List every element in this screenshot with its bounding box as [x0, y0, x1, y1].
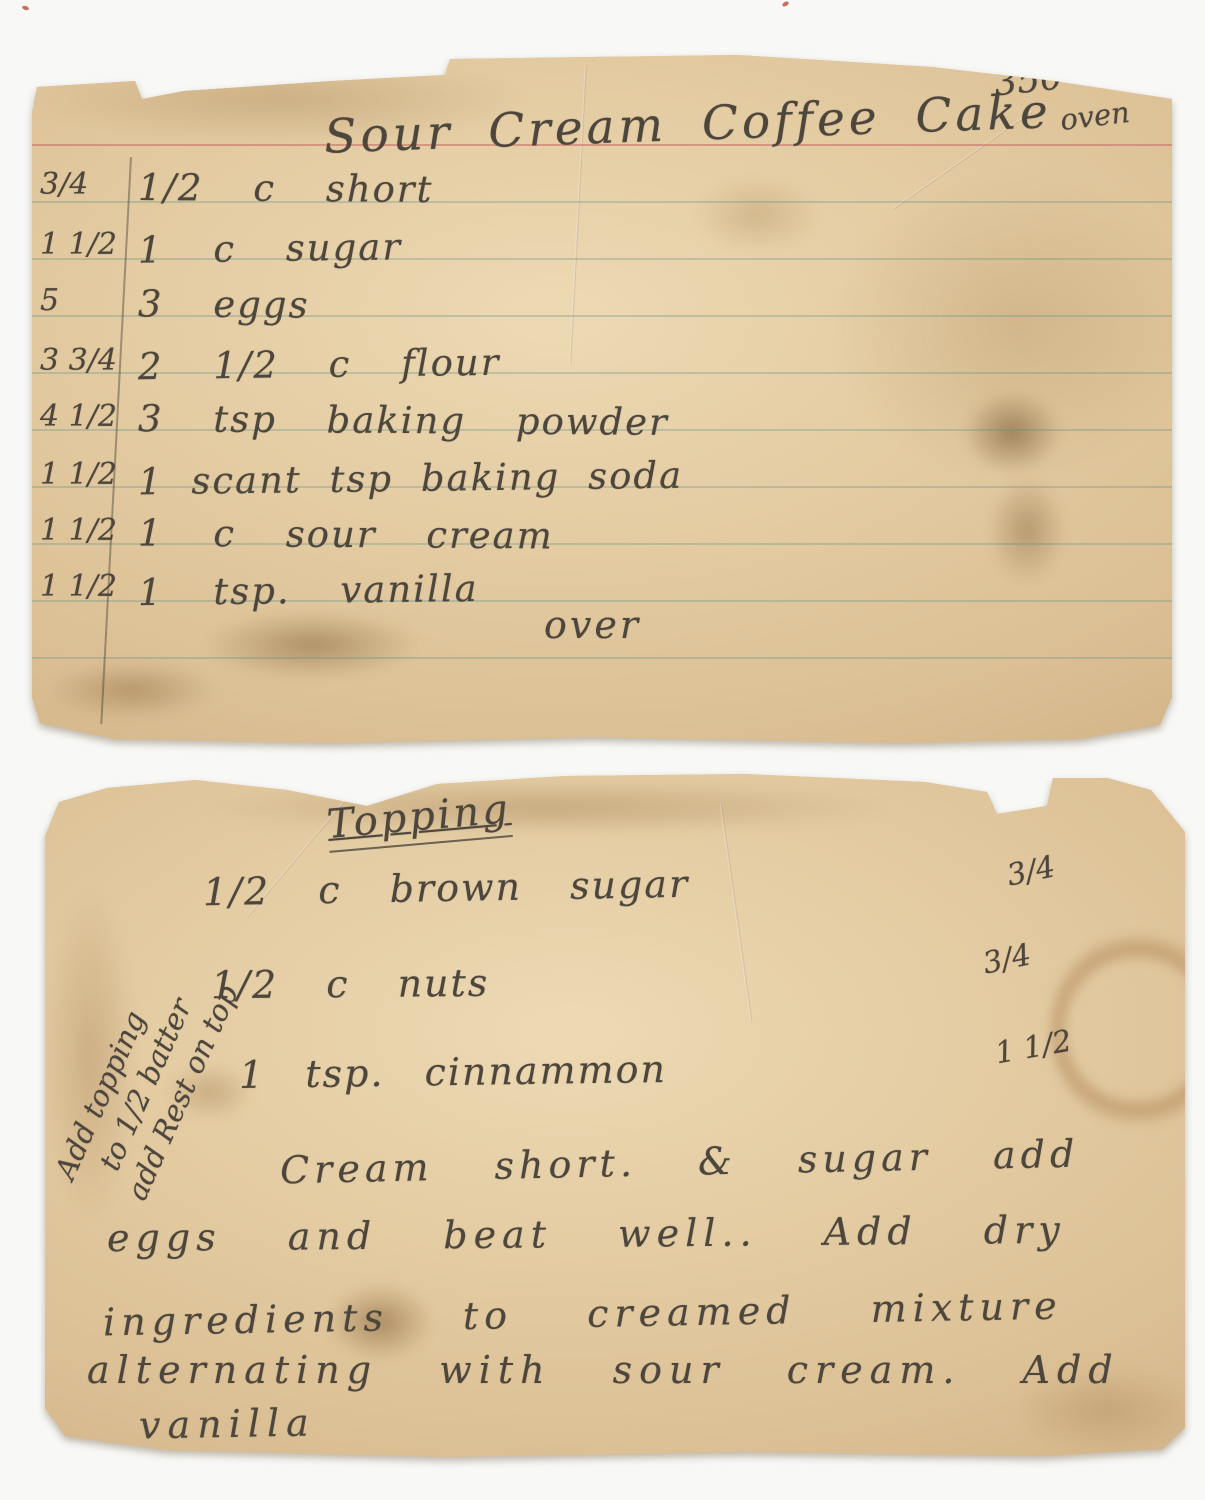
- instruction-line: vanilla: [139, 1400, 316, 1447]
- recipe-title: Sour Cream Coffee Cake: [323, 84, 1052, 164]
- scanned-recipe-cards: 350° oven Sour Cream Coffee Cake 3/4 1/2…: [0, 0, 1205, 1500]
- ingredient-text: 1/2 c short: [138, 166, 434, 211]
- scanner-speck: [22, 5, 30, 11]
- scanner-speck: [781, 1, 789, 8]
- margin-quantity: 3 3/4: [40, 343, 128, 378]
- ingredient-text: 3 tsp baking powder: [138, 397, 669, 444]
- card-front-paper: 350° oven Sour Cream Coffee Cake 3/4 1/2…: [32, 55, 1172, 743]
- margin-quantity: 1 1/2: [40, 227, 128, 262]
- ingredient-text: 3 eggs: [138, 282, 310, 326]
- margin-quantity: 5: [40, 283, 128, 318]
- ingredient-row: 1 1/2 1 c sugar: [32, 227, 1172, 285]
- margin-quantity: 1 1/2: [40, 457, 128, 492]
- ingredient-row: 1 1/2 1 scant tsp baking soda: [32, 457, 1172, 515]
- turn-over-note: over: [544, 603, 641, 647]
- topping-margin-quantity: 3/4: [1004, 849, 1059, 893]
- instruction-line: Cream short. & sugar add: [280, 1132, 1080, 1193]
- topping-margin-quantity: 1 1/2: [993, 1024, 1075, 1072]
- margin-quantity: 3/4: [40, 167, 128, 202]
- oven-label: oven: [1058, 95, 1131, 137]
- ingredient-row: 3 3/4 2 1/2 c flour: [32, 343, 1172, 401]
- paper-crease: [720, 803, 753, 1021]
- ingredient-text: 1 c sour cream: [138, 512, 554, 558]
- margin-quantity: 1 1/2: [40, 569, 128, 604]
- topping-ingredient: 1/2 c brown sugar: [203, 862, 690, 914]
- card-back-paper: Add topping to 1/2 batter add Rest on to…: [45, 772, 1185, 1457]
- ingredient-row: 5 3 eggs: [32, 283, 1172, 341]
- topping-title: Topping: [325, 786, 513, 853]
- instruction-line: eggs and beat well.. Add dry: [107, 1208, 1066, 1260]
- ingredient-row: 1 1/2 1 c sour cream: [32, 513, 1172, 571]
- topping-ingredient: 1/2 c nuts: [211, 961, 490, 1007]
- topping-ingredient: 1 tsp. cinnammon: [239, 1047, 668, 1097]
- topping-margin-quantity: 3/4: [980, 937, 1035, 981]
- margin-quantity: 1 1/2: [40, 513, 128, 548]
- instruction-line: ingredients to creamed mixture: [103, 1284, 1063, 1345]
- recipe-card-front: 350° oven Sour Cream Coffee Cake 3/4 1/2…: [32, 55, 1172, 743]
- coffee-ring-stain: [1050, 932, 1205, 1127]
- ingredient-row: 4 1/2 3 tsp baking powder: [32, 399, 1172, 457]
- ingredient-text: 1 scant tsp baking soda: [138, 454, 684, 504]
- margin-quantity: 4 1/2: [40, 399, 128, 434]
- instruction-line: alternating with sour cream. Add: [87, 1348, 1120, 1392]
- recipe-card-back: Add topping to 1/2 batter add Rest on to…: [45, 772, 1185, 1457]
- ingredient-row: 3/4 1/2 c short: [32, 167, 1172, 225]
- ingredient-text: 2 1/2 c flour: [138, 341, 501, 388]
- ingredient-text: 1 c sugar: [138, 225, 403, 271]
- ingredient-text: 1 tsp. vanilla: [138, 567, 479, 614]
